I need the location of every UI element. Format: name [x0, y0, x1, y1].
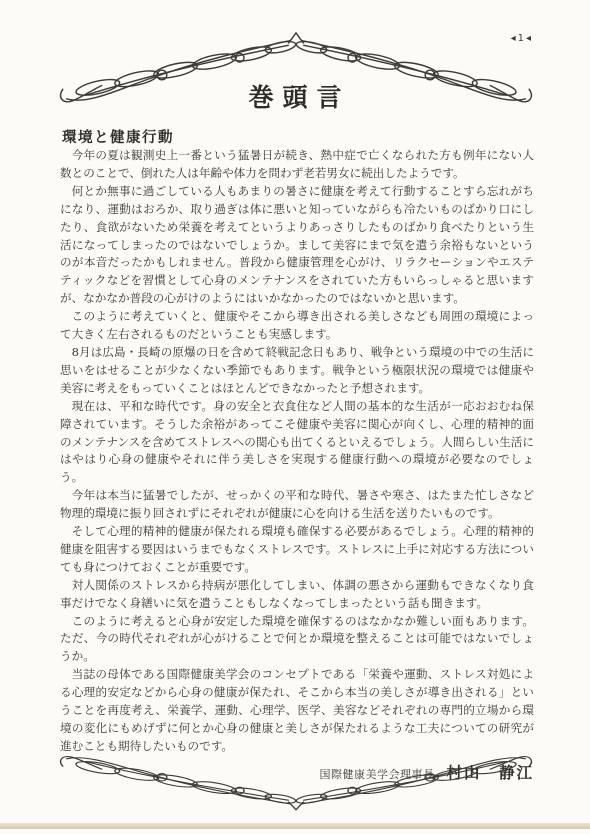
bottom-flourish-ornament — [57, 744, 535, 812]
article-body: 今年の夏は観測史上一番という猛暑日が続き、熱中症で亡くなられた方も例年にない人数… — [60, 147, 534, 783]
paragraph: 今年の夏は観測史上一番という猛暑日が続き、熱中症で亡くなられた方も例年にない人数… — [60, 147, 534, 183]
page-title: 巻頭言 — [0, 78, 590, 114]
paragraph: 現在は、平和な時代です。身の安全と衣食住など人間の基本的な生活が一応おおむね保障… — [60, 398, 534, 488]
paragraph: 当誌の母体である国際健康美学会のコンセプトである「栄養や運動、ストレス対処による… — [60, 666, 534, 756]
scanned-document-page: ◂1◂ 巻頭言 環境と健康行動 今年の夏は観測史上一番という猛暑日が続き、熱中症… — [0, 0, 590, 834]
paragraph: 対人関係のストレスから持病が悪化してしまい、体調の悪さから運動もできなくなり食事… — [60, 577, 534, 613]
paragraph: 何とか無事に過ごしている人もあまりの暑さに健康を考えて行動することすら忘れがちに… — [60, 183, 534, 308]
article-heading: 環境と健康行動 — [62, 126, 174, 147]
paragraph: このように考えていくと、健康やそこから導き出される美しさなども周囲の環境によって… — [60, 308, 534, 344]
paragraph: このように考えると心身が安定した環境を確保するのはなかなか難しい面もあります。た… — [60, 613, 534, 667]
paragraph: そして心理的精神的健康が保たれる環境も確保する必要があるでしょう。心理的精神的健… — [60, 523, 534, 577]
paragraph: 今年は本当に猛暑でしたが、せっかくの平和な時代、暑さや寒さ、はたまた忙しさなど物… — [60, 487, 534, 523]
paragraph: 8月は広島・長崎の原爆の日を含めて終戦記念日もあり、戦争という環境の中での生活に… — [60, 344, 534, 398]
scan-edge-artifact — [0, 823, 590, 829]
